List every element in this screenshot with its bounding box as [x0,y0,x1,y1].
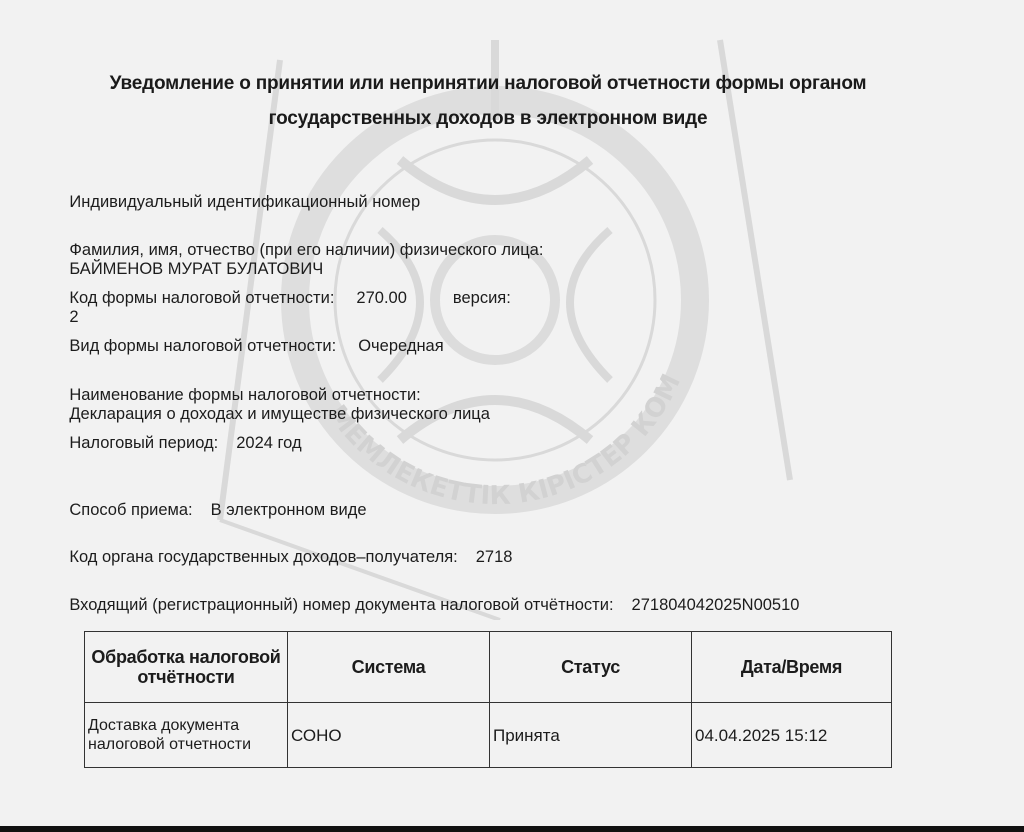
authority-code-label: Код органа государственных доходов–получ… [69,548,457,566]
title-line-1: Уведомление о принятии или непринятии на… [0,66,976,101]
bottom-edge [0,826,1024,832]
form-code-label: Код формы налоговой отчетности: [69,289,334,307]
document-title: Уведомление о принятии или непринятии на… [0,66,976,136]
field-tax-period: Налоговый период:2024 год [51,415,302,472]
cell-processing: Доставка документа налоговой отчетности [85,703,288,768]
receipt-method-label: Способ приема: [69,501,192,519]
table-header-row: Обработка налоговой отчётности Система С… [85,632,892,703]
processing-table: Обработка налоговой отчётности Система С… [84,631,892,768]
full-name-label: Фамилия, имя, отчество (при его наличии)… [69,241,543,259]
document-page: МЕМЛЕКЕТТІК КІРІСТЕР КОМИТЕТІ Уведомлени… [0,0,1024,826]
form-type-value: Очередная [358,337,443,355]
form-type-label: Вид формы налоговой отчетности: [69,337,336,355]
header-datetime: Дата/Время [692,632,892,703]
incoming-number-value: 271804042025N00510 [632,596,800,614]
authority-code-value: 2718 [476,548,513,566]
tax-period-label: Налоговый период: [69,434,218,452]
form-name-label: Наименование формы налоговой отчетности: [69,386,420,404]
cell-status: Принята [490,703,692,768]
title-line-2: государственных доходов в электронном ви… [0,101,976,136]
tax-period-value: 2024 год [236,434,301,452]
version-label: версия: [453,289,511,307]
incoming-number-label: Входящий (регистрационный) номер докумен… [69,596,613,614]
receipt-method-value: В электронном виде [211,501,367,519]
cell-system: СОНО [288,703,490,768]
table-row: Доставка документа налоговой отчетности … [85,703,892,768]
iin-label: Индивидуальный идентификационный номер [69,193,420,211]
header-status: Статус [490,632,692,703]
field-incoming-number: Входящий (регистрационный) номер докумен… [51,577,799,634]
cell-datetime: 04.04.2025 15:12 [692,703,892,768]
header-processing: Обработка налоговой отчётности [85,632,288,703]
header-system: Система [288,632,490,703]
form-code-value: 270.00 [356,289,406,307]
